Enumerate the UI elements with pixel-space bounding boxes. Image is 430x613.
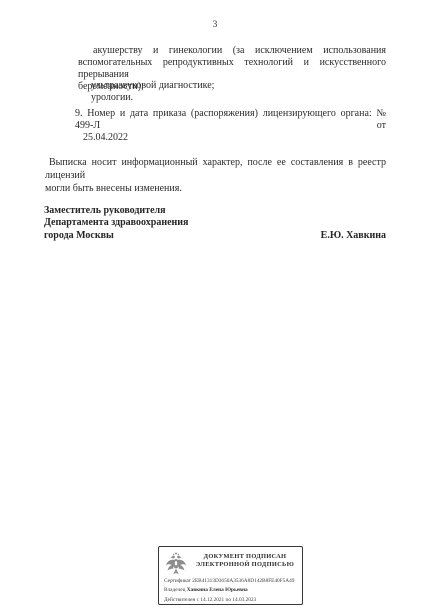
digital-signature-stamp: ДОКУМЕНТ ПОДПИСАН ЭЛЕКТРОННОЙ ПОДПИСЬЮ С… <box>158 546 303 605</box>
body-line: акушерству и гинекологии (за исключением… <box>78 45 386 57</box>
owner-label: Владелец <box>164 587 185 593</box>
body-line: могли быть внесены изменения. <box>45 182 386 195</box>
list-item: ультразвуковой диагностике; <box>91 80 391 92</box>
order-number-item: 9. Номер и дата приказа (распоряжения) л… <box>75 108 386 144</box>
owner-value: Хавкина Елена Юрьевна <box>187 587 248 593</box>
signer-position-line: города Москвы <box>44 230 188 242</box>
stamp-title: ДОКУМЕНТ ПОДПИСАН ЭЛЕКТРОННОЙ ПОДПИСЬЮ <box>191 553 299 569</box>
signer-position-line: Департамента здравоохранения <box>44 217 188 229</box>
list-item: урологии. <box>91 92 391 104</box>
stamp-title-line: ЭЛЕКТРОННОЙ ПОДПИСЬЮ <box>191 561 299 569</box>
certificate-line: Сертификат 2EB41313D3650A3536A8D142B8FE4… <box>164 577 302 586</box>
russian-coat-of-arms-icon <box>164 551 188 578</box>
signer-name: Е.Ю. Хавкина <box>321 230 386 242</box>
stamp-title-line: ДОКУМЕНТ ПОДПИСАН <box>191 553 299 561</box>
certificate-label: Сертификат <box>164 578 191 584</box>
body-line: вспомогательных репродуктивных технологи… <box>78 57 386 81</box>
document-page: 3 акушерству и гинекологии (за исключени… <box>0 0 430 613</box>
body-line: 9. Номер и дата приказа (распоряжения) л… <box>75 108 386 132</box>
signer-position-line: Заместитель руководителя <box>44 205 188 217</box>
certificate-value: 2EB41313D3650A3536A8D142B8FE40F5A49 <box>192 578 294 584</box>
signer-position: Заместитель руководителя Департамента зд… <box>44 205 188 242</box>
body-line: Выписка носит информационный характер, п… <box>45 156 386 182</box>
order-date: 25.04.2022 <box>83 132 386 144</box>
page-number: 3 <box>0 20 430 30</box>
signature-block: Заместитель руководителя Департамента зд… <box>44 205 386 242</box>
informational-note-paragraph: Выписка носит информационный характер, п… <box>45 156 386 195</box>
license-activities-sublist: ультразвуковой диагностике; урологии. <box>91 80 391 103</box>
stamp-details: Сертификат 2EB41313D3650A3536A8D142B8FE4… <box>164 577 302 605</box>
owner-line: Владелец Хавкина Елена Юрьевна <box>164 586 302 595</box>
validity-line: Действителен с 14.12.2021 по 14.03.2023 <box>164 596 302 605</box>
